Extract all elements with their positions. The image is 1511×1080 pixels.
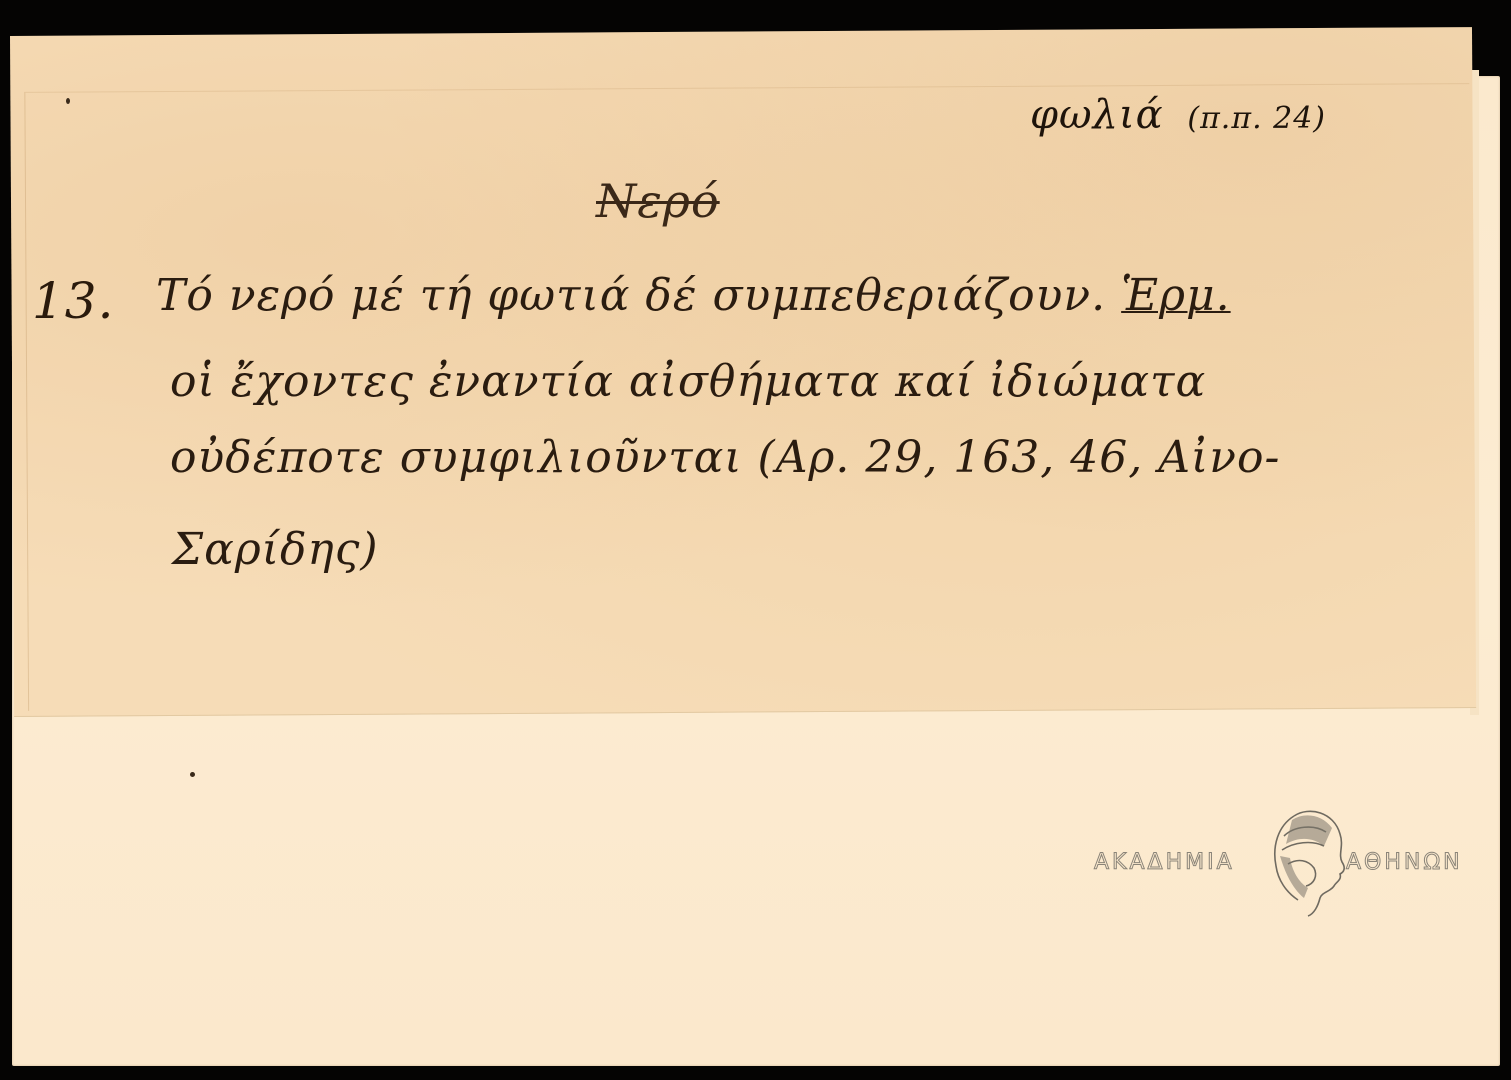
entry-line-1: Τό νερό μέ τή φωτιά δέ συμπεθεριάζουν. Ἑ… <box>156 270 1231 321</box>
entry-line-4: Σαρίδης) <box>172 524 379 575</box>
academy-watermark: ΑΚΑΔΗΜΙΑ ΑΘΗΝΩΝ <box>1092 806 1502 921</box>
athena-head-icon <box>1264 806 1354 918</box>
struck-heading: Νερό <box>596 174 720 228</box>
entry-line-3: οὐδέποτε συμφιλιοῦνται (Αρ. 29, 163, 46,… <box>170 432 1280 483</box>
header-word: φωλιά <box>1030 92 1164 138</box>
ink-speck <box>190 772 195 777</box>
entry-line-1-underlined: Ἑρμ. <box>1121 270 1230 321</box>
watermark-right-text: ΑΘΗΝΩΝ <box>1346 850 1463 875</box>
document-viewer: φωλιά (π.π. 24) Νερό 13. Τό νερό μέ τή φ… <box>0 0 1511 1080</box>
watermark-left-text: ΑΚΑΔΗΜΙΑ <box>1094 850 1235 875</box>
header-reference: (π.π. 24) <box>1187 101 1326 136</box>
entry-line-2: οἱ ἔχοντες ἐναντία αἰσθήματα καί ἰδιώματ… <box>170 356 1206 407</box>
entry-line-1-text: Τό νερό μέ τή φωτιά δέ συμπεθεριάζουν. <box>156 270 1106 321</box>
ink-speck <box>66 98 70 104</box>
entry-number: 13. <box>32 272 115 330</box>
header-note: φωλιά (π.π. 24) <box>1030 92 1326 138</box>
